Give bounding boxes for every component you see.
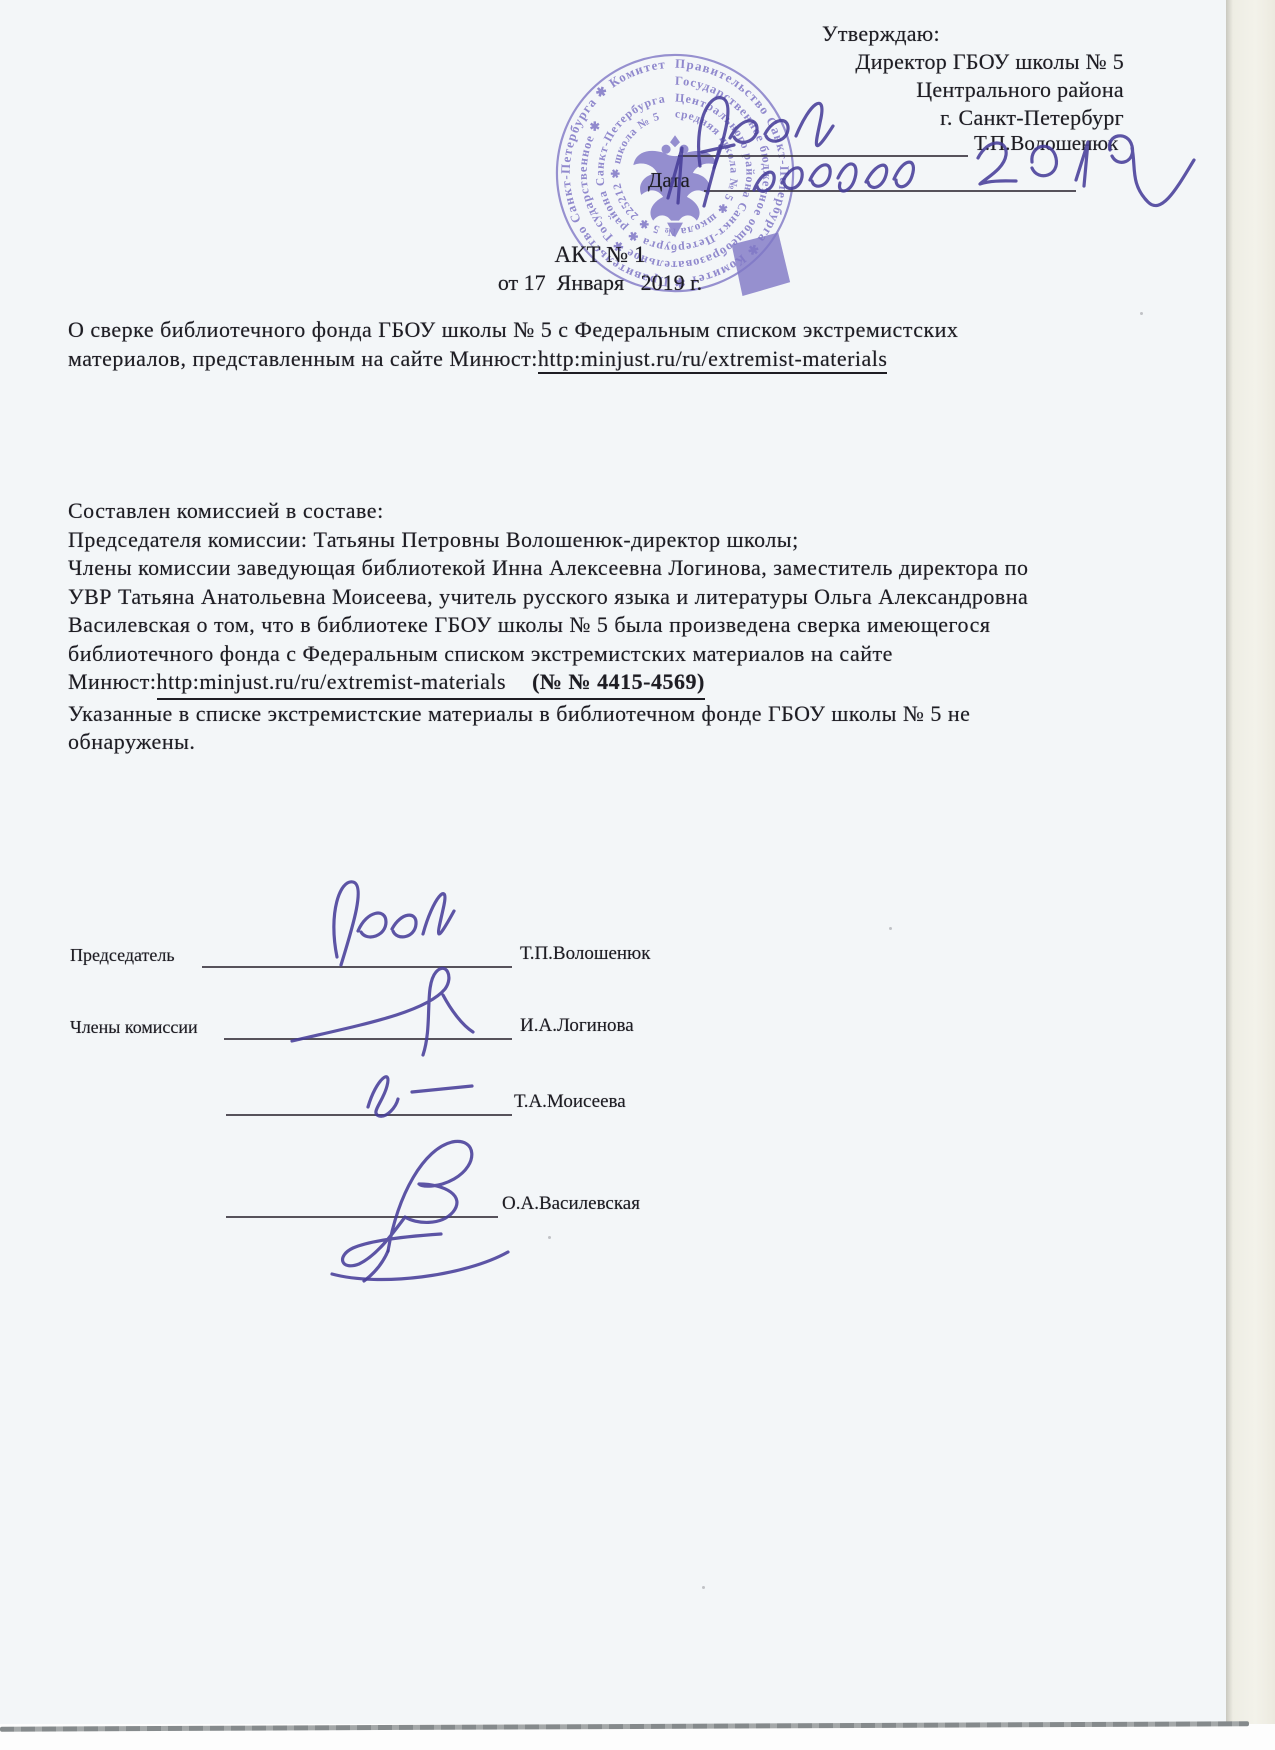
body-paragraph: Составлен комиссией в составе: Председат… [68, 497, 1028, 757]
body-line: Члены комиссии заведующая библиотекой Ин… [68, 554, 1028, 583]
director-handwritten-signature-and-date [618, 82, 1218, 212]
minjust-url-group: http:minjust.ru/ru/extremist-materials(№… [157, 668, 705, 700]
materials-number-range: (№ № 4415-4569) [532, 669, 705, 694]
document-title-block: АКТ № 1 от 17 Января 2019 г. [430, 241, 770, 297]
body-line: Указанные в списке экстремистские матери… [68, 700, 1028, 729]
body-line: Председателя комиссии: Татьяны Петровны … [68, 526, 1028, 555]
intro-line2: материалов, представленным на сайте Миню… [68, 345, 958, 374]
body-line-url: Минюст:http:minjust.ru/ru/extremist-mate… [68, 668, 1028, 700]
scan-speck [702, 1586, 705, 1589]
body-line: библиотечного фонда с Федеральным списко… [68, 640, 1028, 669]
scan-paper-right-edge [1226, 0, 1275, 1750]
scanned-document-page: Правительство Санкт-Петербурга ✱ Комитет… [0, 0, 1275, 1750]
intro-line1: О сверке библиотечного фонда ГБОУ школы … [68, 316, 958, 345]
scan-speck [889, 927, 892, 930]
minjust-url: http:minjust.ru/ru/extremist-materials [157, 669, 507, 694]
members-label: Члены комиссии [70, 1017, 198, 1038]
act-title: АКТ № 1 [430, 241, 770, 269]
approval-line-director: Директор ГБОУ школы № 5 [822, 48, 1124, 76]
intro-paragraph: О сверке библиотечного фонда ГБОУ школы … [68, 316, 958, 373]
body-line: Составлен комиссией в составе: [68, 497, 1028, 526]
intro-line2-text: материалов, представленным на сайте Миню… [68, 346, 538, 371]
committee-handwritten-signatures [240, 855, 570, 1285]
minjust-prefix: Минюст: [68, 669, 157, 694]
minjust-url: http:minjust.ru/ru/extremist-materials [538, 346, 888, 374]
approval-heading: Утверждаю: [822, 20, 1124, 48]
body-line: УВР Татьяна Анатольевна Моисеева, учител… [68, 583, 1028, 612]
body-line: обнаружены. [68, 728, 1028, 757]
act-date-line: от 17 Января 2019 г. [430, 269, 770, 297]
scan-paper-bottom-edge [0, 1724, 1275, 1750]
chairman-label: Председатель [70, 945, 175, 966]
scan-speck [548, 1236, 551, 1239]
body-line: Василевская о том, что в библиотеке ГБОУ… [68, 611, 1028, 640]
scan-speck [1140, 312, 1143, 315]
